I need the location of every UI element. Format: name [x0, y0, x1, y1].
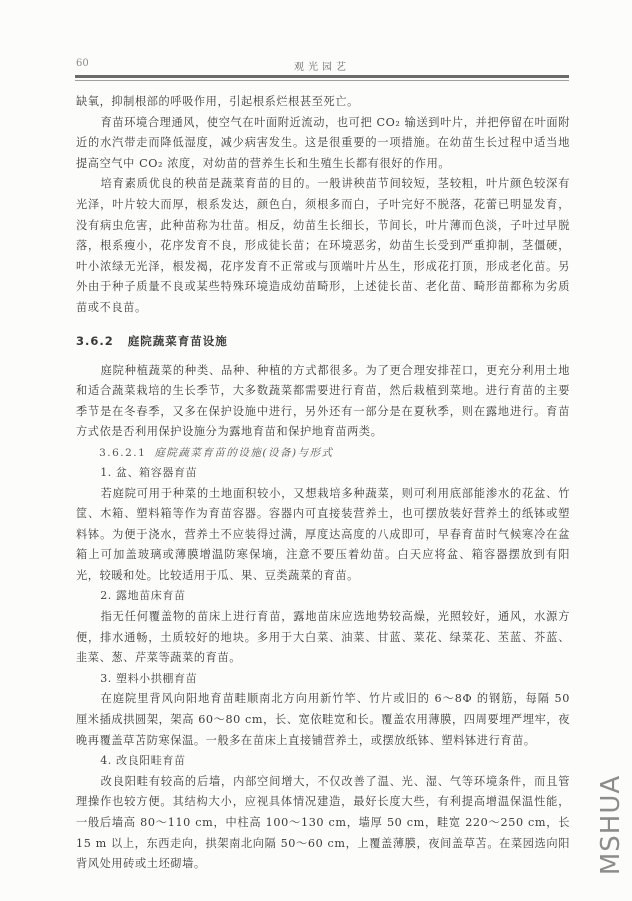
section-number: 3.6.2	[76, 334, 114, 348]
subsection-title: 庭院蔬菜育苗的设施(设备)与形式	[154, 447, 333, 459]
paragraph-section-intro: 庭院种植蔬菜的种类、品种、种植的方式都很多。为了更合理安排茬口，更充分利用土地和…	[76, 361, 570, 443]
book-title: 观光园艺	[72, 58, 572, 73]
document-page: 60 观光园艺 缺氧，抑制根部的呼吸作用，引起根系烂根甚至死亡。 育苗环境合理通…	[0, 0, 632, 901]
item-text-containers: 若庭院可用于种菜的土地面积较小，又想栽培多种蔬菜，则可利用底部能渗水的花盆、竹筐…	[76, 484, 570, 587]
page-body: 缺氧，抑制根部的呼吸作用，引起根系烂根甚至死亡。 育苗环境合理通风，使空气在叶面…	[76, 92, 570, 875]
item-text-small-tunnel: 在庭院里背风向阳地育苗畦顺南北方向用新竹竿、竹片或旧的 6～8Φ 的钢筋，每隔 …	[76, 689, 570, 751]
item-heading-improved-cold-frame: 4. 改良阳畦育苗	[76, 751, 570, 772]
watermark-text: MSHUA	[596, 775, 626, 875]
paragraph-continuation: 缺氧，抑制根部的呼吸作用，引起根系烂根甚至死亡。	[76, 92, 570, 113]
item-text-improved-cold-frame: 改良阳畦有较高的后墙，内部空间增大，不仅改善了温、光、湿、气等环境条件，而且管理…	[76, 772, 570, 875]
paragraph-seedling-quality: 培育素质优良的秧苗是蔬菜育苗的目的。一般讲秧苗节间较短，茎较粗，叶片颜色较深有光…	[76, 174, 570, 318]
subsection-number: 3.6.2.1	[99, 447, 146, 459]
section-title: 庭院蔬菜育苗设施	[128, 334, 228, 348]
watermark: MSHUA	[591, 760, 631, 890]
section-heading: 3.6.2庭院蔬菜育苗设施	[76, 333, 570, 349]
item-heading-small-tunnel: 3. 塑料小拱棚育苗	[76, 669, 570, 690]
running-head: 60 观光园艺	[72, 58, 572, 74]
item-heading-open-field: 2. 露地苗床育苗	[76, 586, 570, 607]
subsection-heading: 3.6.2.1庭院蔬菜育苗的设施(设备)与形式	[76, 443, 570, 463]
header-rule-thin	[75, 80, 569, 81]
header-rule-thick	[75, 75, 569, 78]
item-text-open-field: 指无任何覆盖物的苗床上进行育苗，露地苗床应选地势较高燥，光照较好，通风，水源方便…	[76, 607, 570, 669]
item-heading-containers: 1. 盆、箱容器育苗	[76, 463, 570, 484]
paragraph-ventilation: 育苗环境合理通风，使空气在叶面附近流动，也可把 CO₂ 输送到叶片，并把停留在叶…	[76, 113, 570, 175]
